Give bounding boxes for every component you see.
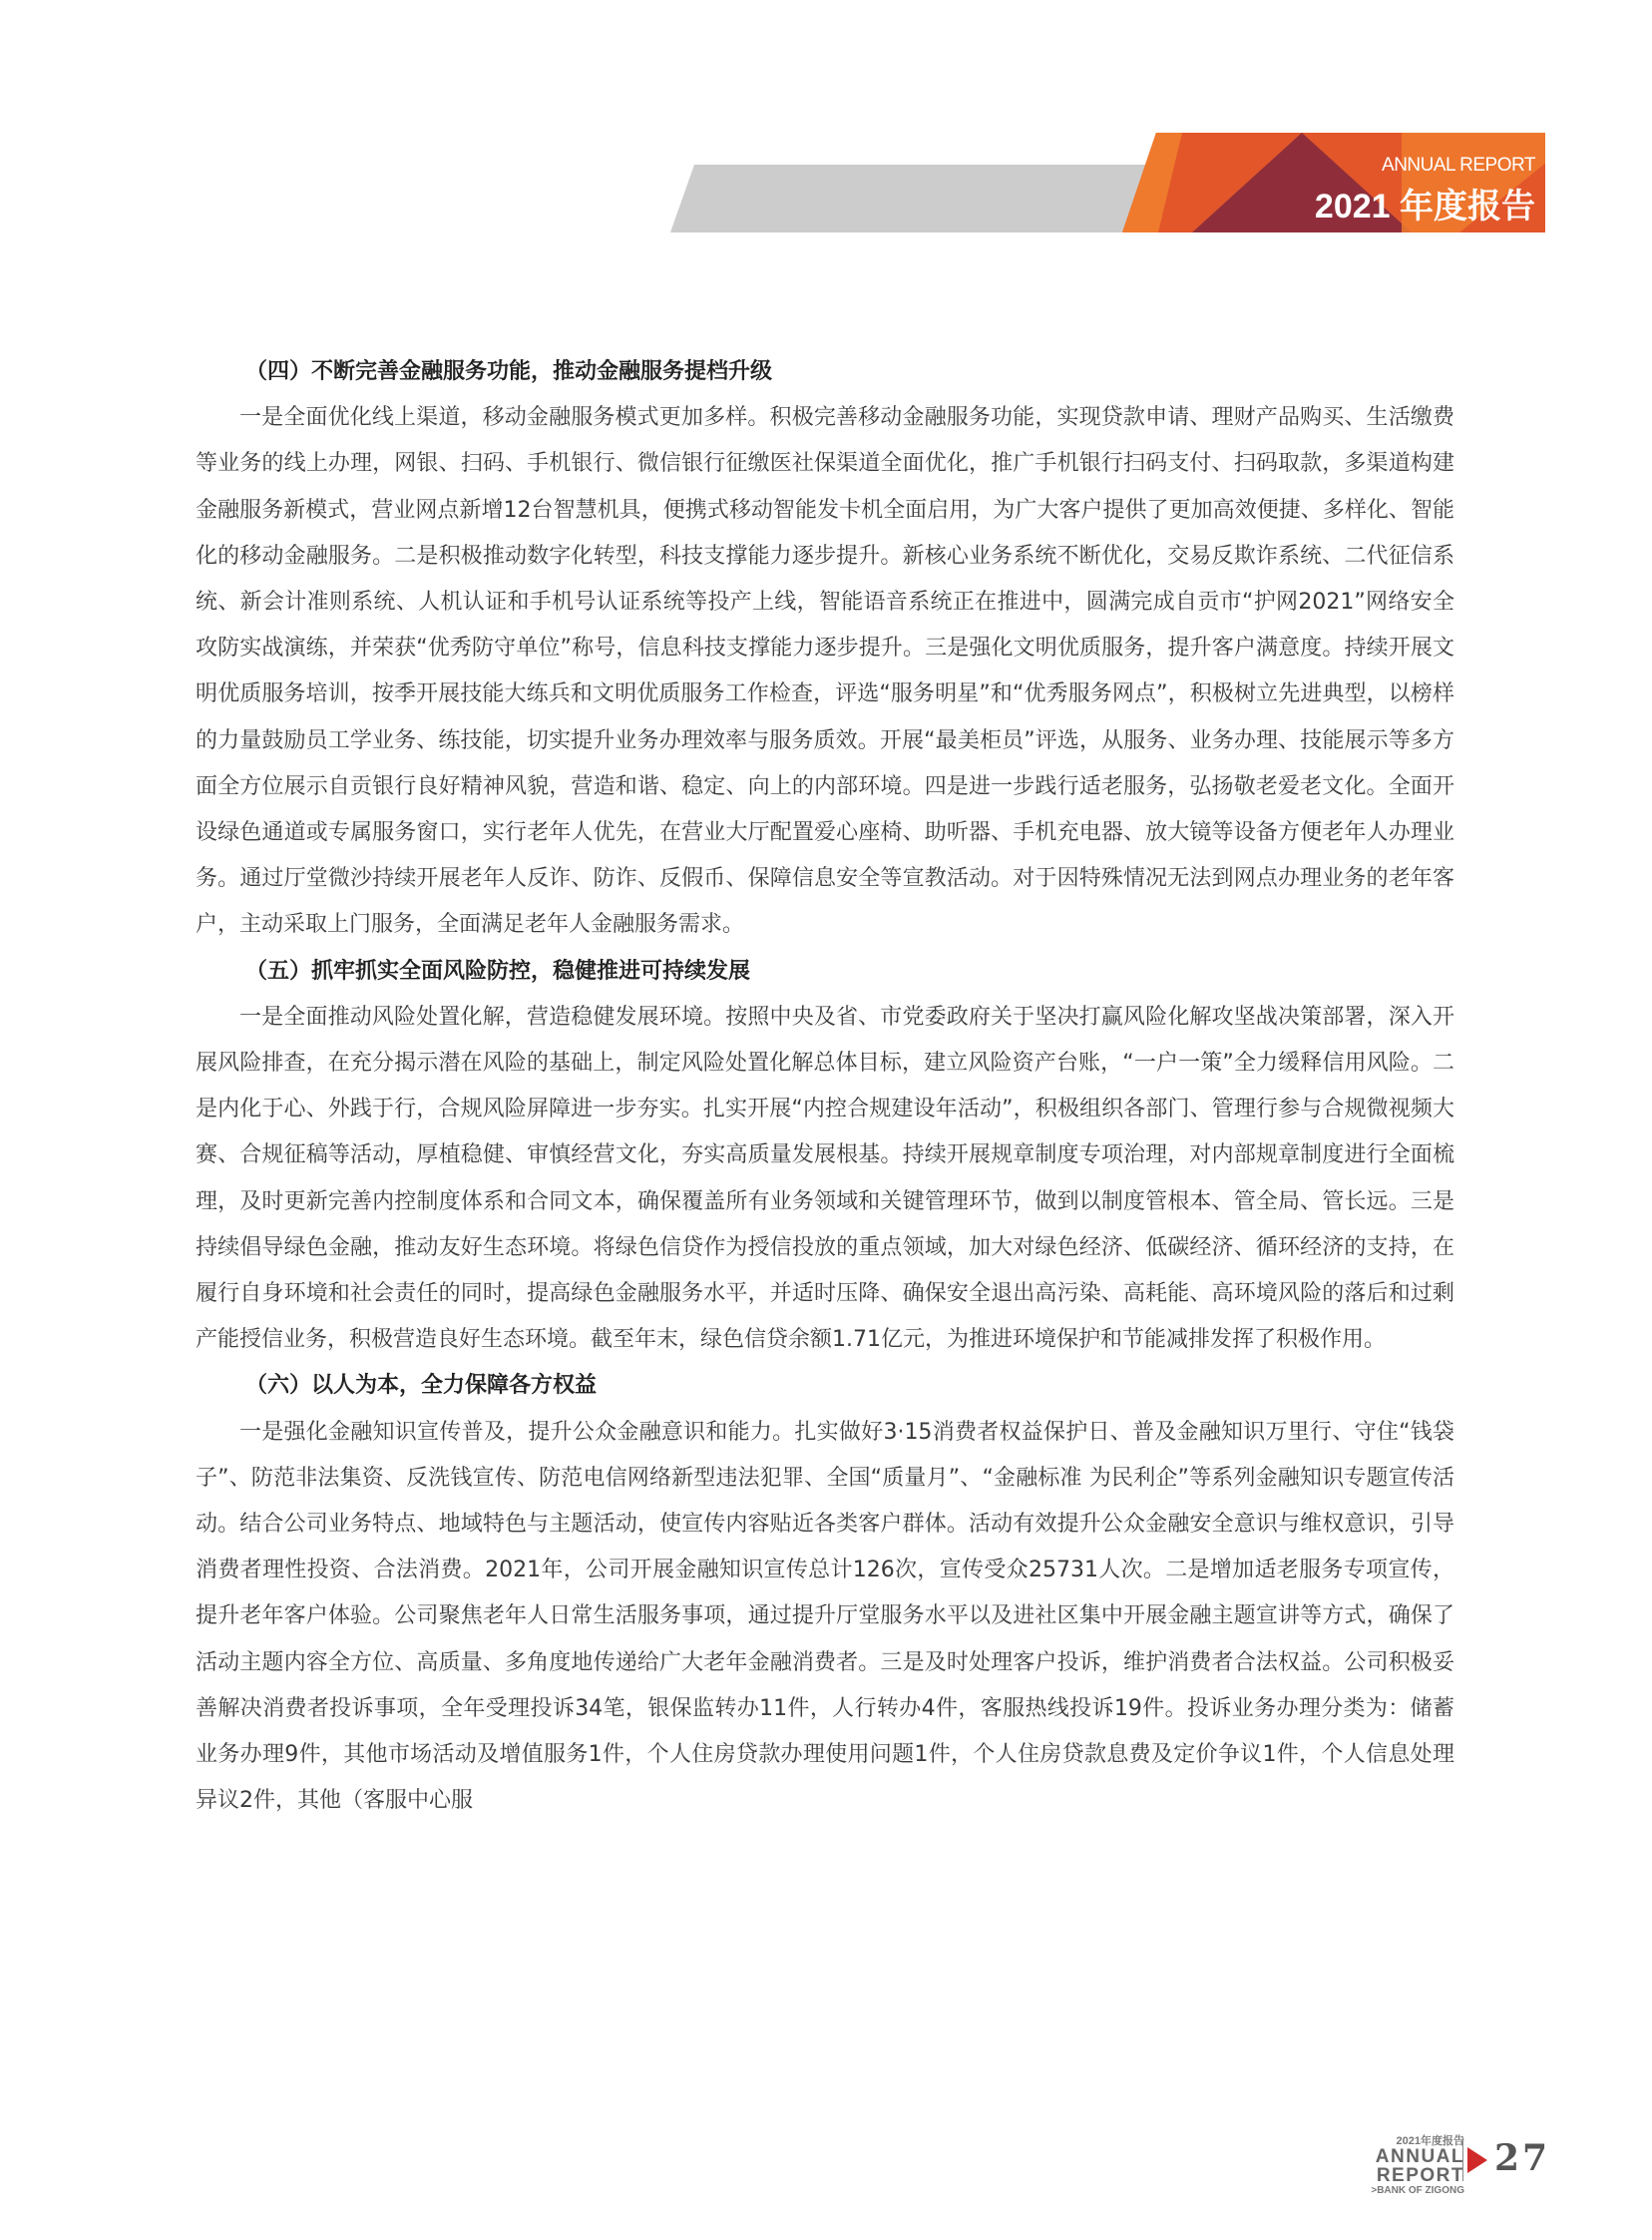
section-paragraph: 一是全面优化线上渠道，移动金融服务模式更加多样。积极完善移动金融服务功能，实现贷… [196,395,1454,948]
header-title: ANNUAL REPORT 2021 年度报告 [1315,155,1535,227]
document-body: （四）不断完善金融服务功能，推动金融服务提档升级 一是全面优化线上渠道，移动金融… [196,349,1454,1825]
header-grey-band [670,165,1149,232]
footer-bank-name: >BANK OF ZIGONG [1315,2185,1464,2197]
section-paragraph: 一是强化金融知识宣传普及，提升公众金融意识和能力。扎实做好3·15消费者权益保护… [196,1410,1454,1825]
section-heading-6: （六）以人为本，全力保障各方权益 [196,1363,1454,1409]
header-banner: ANNUAL REPORT 2021 年度报告 [1122,133,1545,232]
section-heading-4: （四）不断完善金融服务功能，推动金融服务提档升级 [196,349,1454,395]
header-title-cn: 2021 年度报告 [1315,179,1535,227]
footer-branding: 2021年度报告 ANNUAL REPORT >BANK OF ZIGONG [1315,2135,1464,2197]
footer-title-en: ANNUAL REPORT [1315,2147,1464,2185]
page-footer: 2021年度报告 ANNUAL REPORT >BANK OF ZIGONG 2… [1315,2135,1564,2185]
section-heading-5: （五）抓牢抓实全面风险防控，稳健推进可持续发展 [196,949,1454,995]
footer-divider [1462,2137,1463,2181]
header-title-en: ANNUAL REPORT [1315,155,1535,177]
triangle-arrow-icon [1467,2147,1487,2173]
page-number: 27 [1494,2137,1550,2179]
section-paragraph: 一是全面推动风险处置化解，营造稳健发展环境。按照中央及省、市党委政府关于坚决打赢… [196,995,1454,1364]
